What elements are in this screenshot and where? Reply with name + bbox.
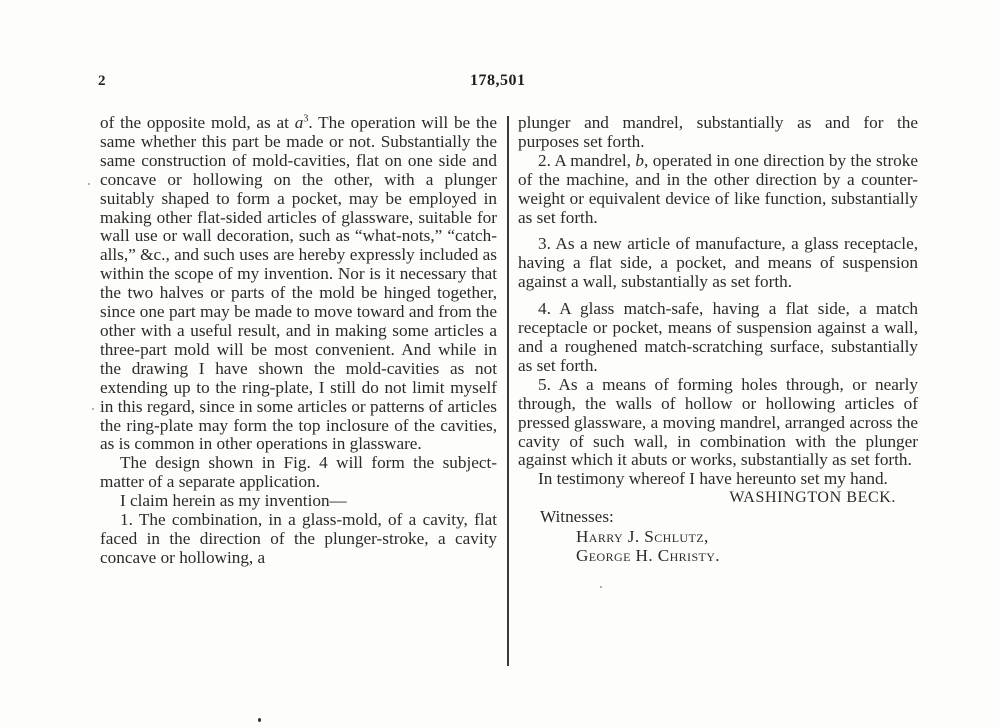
paragraph-claim-intro: I claim herein as my invention— [100, 492, 497, 511]
claim-4: 4. A glass match-safe, having a flat sid… [518, 300, 918, 376]
claim-1-continued: plunger and mandrel, substantially as an… [518, 114, 918, 152]
paragraph-design-note: The design shown in Fig. 4 will form the… [100, 454, 497, 492]
claim-3: 3. As a new article of manufacture, a gl… [518, 235, 918, 292]
print-speck [600, 586, 602, 588]
claim-1: 1. The combination, in a glass-mold, of … [100, 511, 497, 568]
right-column: plunger and mandrel, substantially as an… [518, 114, 918, 565]
claim-5: 5. As a means of forming holes through, … [518, 376, 918, 471]
left-column: of the opposite mold, as at a3. The oper… [100, 114, 497, 568]
print-speck [92, 408, 94, 410]
print-speck [258, 718, 261, 722]
print-speck [88, 183, 90, 185]
testimony: In testimony whereof I have hereunto set… [518, 470, 918, 489]
paragraph-mold-construction: of the opposite mold, as at a3. The oper… [100, 114, 497, 454]
claim-2: 2. A mandrel, b, operated in one directi… [518, 152, 918, 228]
witness-1: Harry J. Schlutz, [518, 527, 918, 546]
witnesses-label: Witnesses: [518, 508, 918, 527]
witness-2: George H. Christy. [518, 546, 918, 565]
page-number: 2 [98, 73, 106, 90]
patent-number: 178,501 [470, 72, 526, 90]
column-divider [507, 116, 509, 666]
inventor-signature: WASHINGTON BECK. [518, 489, 918, 508]
patent-page: 2 178,501 of the opposite mold, as at a3… [0, 0, 1000, 727]
